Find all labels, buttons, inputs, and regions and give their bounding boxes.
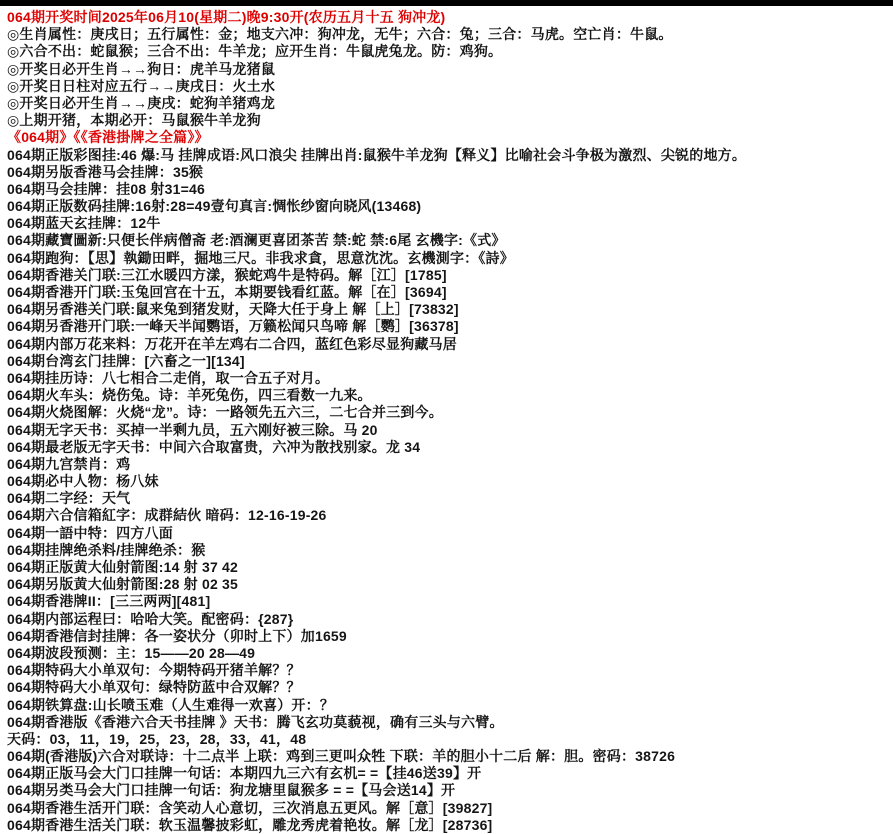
lottery-tips-page: 064期开奖时间2025年06月10(星期二)晚9:30开(农历五月十五 狗冲龙… [0, 0, 893, 834]
text-line-30: 064期六合信箱紅字：成群結伙 暗码：12-16-19-26 [7, 507, 889, 524]
text-line-8: 《064期》《《香港掛牌之全篇》》 [7, 129, 889, 146]
text-line-19: 064期另香港开门联:一峰天半闻鹦语，万籁松闻只鸟啼 解［鹦］[36378] [7, 318, 889, 335]
text-line-31: 064期一語中特：四方八面 [7, 525, 889, 542]
text-line-18: 064期另香港关门联:鼠来兔到猪发财，天降大任于身上 解［上］[73832] [7, 301, 889, 318]
text-line-20: 064期内部万花来料：万花开在羊左鸡右二合四，蓝红色彩尽显狗藏马居 [7, 336, 889, 353]
text-line-24: 064期火烧图解：火烧“龙”。诗：一路领先五六三，二七合并三到今。 [7, 404, 889, 421]
text-line-29: 064期二字经：天气 [7, 490, 889, 507]
text-line-48: 064期香港生活关门联：软玉温馨披彩虹，雕龙秀虎着艳妆。解［龙］[28736] [7, 817, 889, 834]
text-line-23: 064期火车头：烧伤兔。诗：羊死兔伤，四三看数一九来。 [7, 387, 889, 404]
text-line-33: 064期正版黄大仙射箭图:14 射 37 42 [7, 559, 889, 576]
text-line-1: 064期开奖时间2025年06月10(星期二)晚9:30开(农历五月十五 狗冲龙… [7, 9, 889, 26]
text-line-7: ◎上期开猪，本期必开：马鼠猴牛羊龙狗 [7, 112, 889, 129]
text-line-6: ◎开奖日必开生肖→→庚戌：蛇狗羊猪鸡龙 [7, 95, 889, 112]
text-line-44: 064期(香港版)六合对联诗：十二点半 上联：鸡到三更叫众牲 下联：羊的胆小十二… [7, 748, 889, 765]
text-line-42: 064期香港版《香港六合天书挂牌 》天书：腾飞玄功莫藐视，确有三头与六臂。 [7, 714, 889, 731]
text-line-16: 064期香港关门联:三江水暖四方漾，猴蛇鸡牛是特码。解［江］[1785] [7, 267, 889, 284]
text-line-32: 064期挂牌绝杀料/挂牌绝杀：猴 [7, 542, 889, 559]
text-line-3: ◎六合不出：蛇鼠猴；三合不出：牛羊龙；应开生肖：牛鼠虎兔龙。防：鸡狗。 [7, 43, 889, 60]
text-line-12: 064期正版数码挂牌:16射:28=49壹句真言:惆怅纱窗向晓风(13468) [7, 198, 889, 215]
text-line-2: ◎生肖属性：庚戌日；五行属性：金；地支六冲：狗冲龙，无牛；六合：兔；三合：马虎。… [7, 26, 889, 43]
text-line-4: ◎开奖日必开生肖→→狗日：虎羊马龙猪鼠 [7, 61, 889, 78]
text-line-5: ◎开奖日日柱对应五行→→庚戌日：火土水 [7, 78, 889, 95]
text-line-35: 064期香港牌II：[三三两两][481] [7, 593, 889, 610]
text-line-36: 064期内部运程曰：哈哈大笑。配密码：{287} [7, 611, 889, 628]
text-line-28: 064期必中人物：杨八妹 [7, 473, 889, 490]
text-line-37: 064期香港信封挂牌：各一姿状分（卯时上下）加1659 [7, 628, 889, 645]
text-line-13: 064期蓝天玄挂牌：12牛 [7, 215, 889, 232]
text-line-39: 064期特码大小单双句：今期特码开猪羊解？？ [7, 662, 889, 679]
text-line-41: 064期铁算盘:山长喷玉难（人生难得一欢喜）开：？ [7, 697, 889, 714]
text-line-10: 064期另版香港马会挂牌：35猴 [7, 164, 889, 181]
text-line-11: 064期马会挂牌：挂08 射31=46 [7, 181, 889, 198]
text-line-21: 064期台湾玄门挂牌：[六畜之一][134] [7, 353, 889, 370]
text-line-26: 064期最老版无字天书：中间六合取富贵，六冲为散找别家。龙 34 [7, 439, 889, 456]
text-line-25: 064期无字天书：买掉一半剩九员，五六刚好被三除。马 20 [7, 422, 889, 439]
text-line-43: 天码：03，11，19，25，23，28，33，41，48 [7, 731, 889, 748]
text-line-14: 064期藏寶圖新:只便长伴病僧斋 老:酒澜更喜团茶苦 禁:蛇 禁:6尾 玄機字:… [7, 232, 889, 249]
text-line-38: 064期波段预测：主：15——20 28—49 [7, 645, 889, 662]
text-line-17: 064期香港开门联:玉兔回宫在十五，本期要钱看红蓝。解［在］[3694] [7, 284, 889, 301]
text-line-9: 064期正版彩图挂:46 爆:马 挂牌成语:风口浪尖 挂牌出肖:鼠猴牛羊龙狗【释… [7, 147, 889, 164]
text-line-46: 064期另类马会大门口挂牌一句话：狗龙塘里鼠猴多 = =【马会送14】开 [7, 782, 889, 799]
text-line-40: 064期特码大小单双句：绿特防蓝中合双解？？ [7, 679, 889, 696]
text-line-45: 064期正版马会大门口挂牌一句话：本期四九三六有玄机= =【挂46送39】开 [7, 765, 889, 782]
text-line-47: 064期香港生活开门联：含笑动人心意切，三次消息五更风。解［意］[39827] [7, 800, 889, 817]
content-lines: 064期开奖时间2025年06月10(星期二)晚9:30开(农历五月十五 狗冲龙… [0, 6, 893, 834]
text-line-15: 064期跑狗：【思】執鋤田畔，掘地三尺。非我求貪，思意沈沈。玄機測字：《詩》 [7, 250, 889, 267]
text-line-22: 064期挂历诗：八七相合二走俏，取一合五子对月。 [7, 370, 889, 387]
text-line-34: 064期另版黄大仙射箭图:28 射 02 35 [7, 576, 889, 593]
text-line-27: 064期九宫禁肖：鸡 [7, 456, 889, 473]
